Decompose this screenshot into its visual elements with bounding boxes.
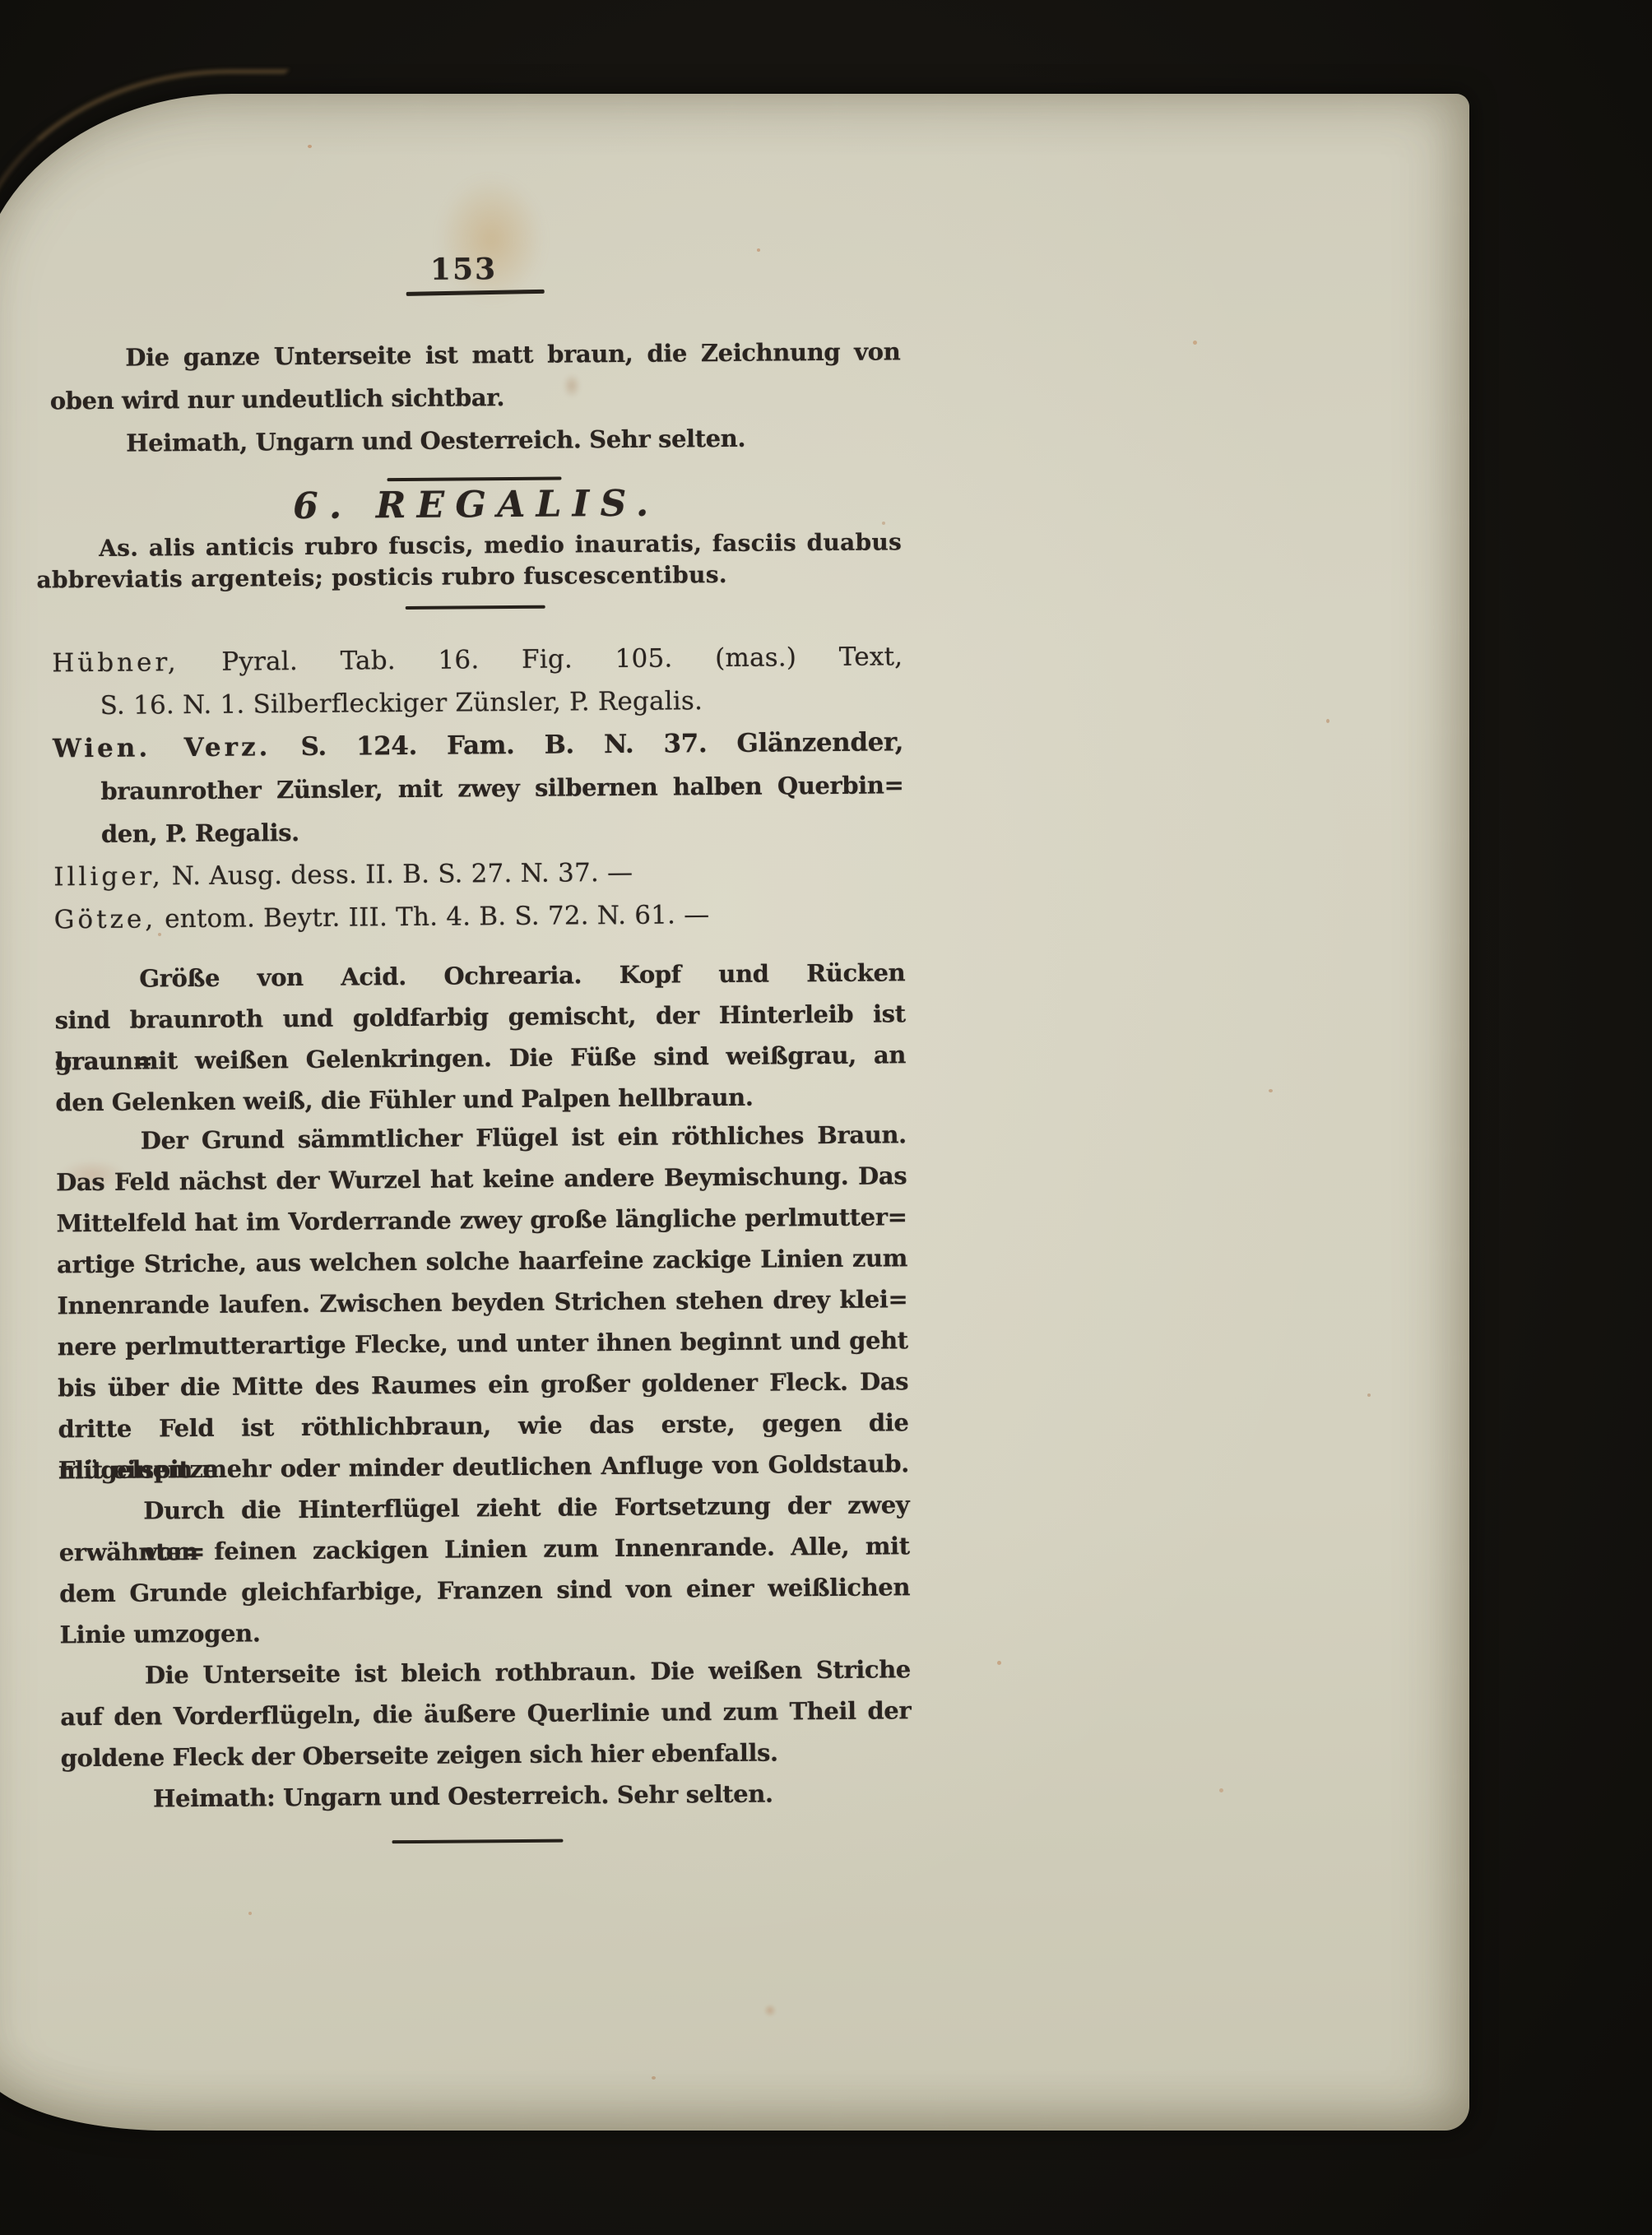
text-line: Der Grund sämmtlicher Flügel ist ein röt…	[56, 1114, 907, 1162]
text-line: dritte Feld ist röthlichbraun, wie das e…	[58, 1402, 908, 1449]
reference-text: den, P. Regalis.	[101, 818, 299, 848]
book-page: 153 Die ganze Unterseite ist matt braun,…	[0, 94, 1469, 2131]
text-line: auf den Vorderflügeln, die äußere Querli…	[60, 1690, 911, 1737]
divider-rule-bottom	[392, 1839, 563, 1844]
species-heading: 6. REGALIS.	[51, 479, 902, 531]
text-line: Heimath: Ungarn und Oesterreich. Sehr se…	[61, 1772, 912, 1820]
description-paragraph-3: Durch die Hinterflügel zieht die Fortset…	[58, 1484, 911, 1655]
text-line: Innenrande laufen. Zwischen beyden Stric…	[57, 1278, 907, 1326]
text-line: Die ganze Unterseite ist matt braun, die…	[49, 330, 900, 379]
text-line: bis über die Mitte des Raumes ein großer…	[58, 1361, 908, 1408]
habitat-line: Heimath: Ungarn und Oesterreich. Sehr se…	[61, 1772, 912, 1820]
text-line: Linie umzogen.	[59, 1607, 910, 1655]
text-line: Das Feld nächst der Wurzel hat keine and…	[56, 1155, 907, 1203]
author-name: Hübner,	[52, 647, 179, 678]
reference-entry: braunrother Zünsler, mit zwey silbernen …	[53, 763, 903, 813]
reference-list: Hübner, Pyral. Tab. 16. Fig. 105. (mas.)…	[52, 635, 905, 941]
divider-rule-diagnosis	[406, 605, 545, 610]
page-number-rule	[406, 290, 545, 296]
text-line: abbreviatis argenteis; posticis rubro fu…	[36, 558, 902, 596]
text-line: Größe von Acid. Ochrearia. Kopf und Rück…	[54, 952, 905, 999]
text-line: artige Striche, aus welchen solche haarf…	[57, 1237, 907, 1285]
reference-entry: Wien. Verz. S. 124. Fam. B. N. 37. Glänz…	[53, 721, 903, 770]
author-name: Götze,	[54, 904, 157, 934]
text-line: dem Grunde gleichfarbige, Franzen sind v…	[59, 1566, 910, 1614]
text-line: oben wird nur undeutlich sichtbar.	[50, 373, 901, 422]
description-paragraph-4: Die Unterseite ist bleich rothbraun. Die…	[60, 1648, 912, 1778]
author-name: Wien. Verz.	[53, 732, 271, 763]
divider-rule-top	[387, 477, 561, 482]
reference-text: N. Ausg. dess. II. B. S. 27. N. 37. —	[164, 858, 633, 891]
reference-text: Pyral. Tab. 16. Fig. 105. (mas.) Text,	[179, 642, 903, 677]
text-line: mit einem mehr oder minder deutlichen An…	[58, 1443, 909, 1491]
reference-entry: S. 16. N. 1. Silberfleckiger Zünsler, P.…	[52, 678, 903, 727]
intro-paragraph: Die ganze Unterseite ist matt braun, die…	[49, 330, 901, 465]
latin-diagnosis: As. alis anticis rubro fuscis, medio ina…	[51, 526, 903, 596]
text-line: Mittelfeld hat im Vorderrande zwey große…	[56, 1196, 907, 1244]
description-paragraph-2: Der Grund sämmtlicher Flügel ist ein röt…	[56, 1114, 910, 1491]
text-line: erwähnten feinen zackigen Linien zum Inn…	[59, 1525, 910, 1573]
text-line: Heimath, Ungarn und Oesterreich. Sehr se…	[50, 415, 901, 465]
text-line: goldene Fleck der Oberseite zeigen sich …	[61, 1731, 912, 1778]
reference-entry: Illiger, N. Ausg. dess. II. B. S. 27. N.…	[53, 849, 904, 898]
text-line: sind braunroth und goldfarbig gemischt, …	[54, 993, 905, 1041]
page-number: 153	[356, 252, 570, 286]
scan-background: 153 Die ganze Unterseite ist matt braun,…	[0, 0, 1652, 2235]
text-line: Die Unterseite ist bleich rothbraun. Die…	[60, 1648, 911, 1696]
reference-text: S. 16. N. 1. Silberfleckiger Zünsler, P.…	[100, 686, 703, 721]
reference-entry: Hübner, Pyral. Tab. 16. Fig. 105. (mas.)…	[52, 635, 903, 684]
author-name: Illiger,	[53, 861, 164, 892]
reference-text: S. 124. Fam. B. N. 37. Glänzender,	[271, 727, 903, 762]
reference-text: entom. Beytr. III. Th. 4. B. S. 72. N. 6…	[156, 900, 710, 934]
description-paragraph-1: Größe von Acid. Ochrearia. Kopf und Rück…	[54, 952, 907, 1123]
reference-entry: Götze, entom. Beytr. III. Th. 4. B. S. 7…	[53, 892, 904, 941]
text-line: grau mit weißen Gelenkringen. Die Füße s…	[55, 1034, 906, 1082]
text-line: Durch die Hinterflügel zieht die Fortset…	[58, 1484, 909, 1532]
page-content: 153 Die ganze Unterseite ist matt braun,…	[0, 88, 1478, 2136]
reference-entry: den, P. Regalis.	[53, 806, 904, 856]
text-line: nere perlmutterartige Flecke, und unter …	[58, 1319, 908, 1367]
reference-text: braunrother Zünsler, mit zwey silbernen …	[100, 771, 903, 805]
